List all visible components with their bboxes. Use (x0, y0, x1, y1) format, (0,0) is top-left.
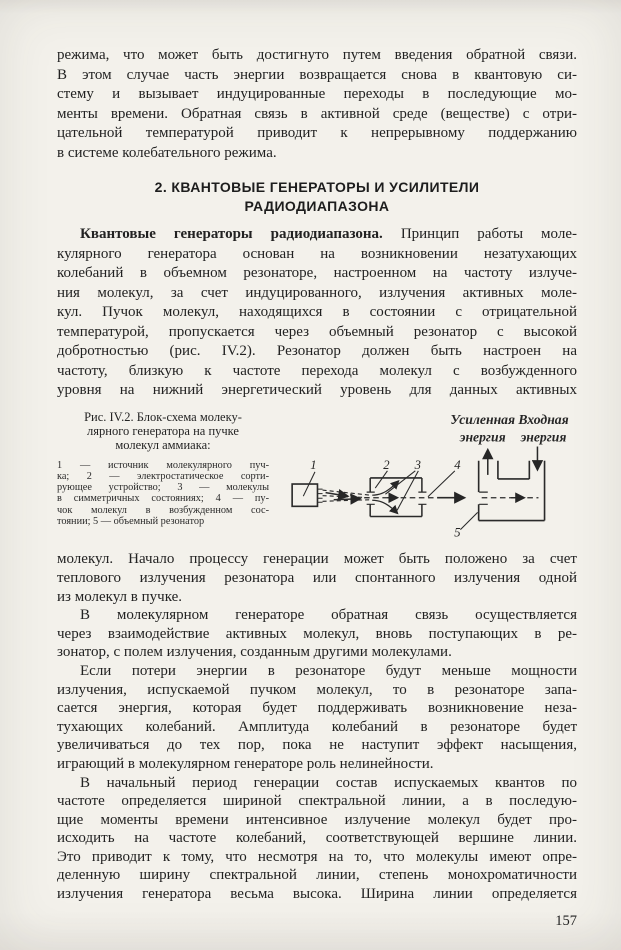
body-line: кулярного генератора основан на возникно… (57, 245, 577, 265)
molecular-generator-diagram: 1 2 3 4 5 Усиленная энергия Входная энер… (283, 408, 577, 548)
amplified-energy-label: Усиленная (450, 412, 515, 427)
body-line: увеличиваться до тех пор, пока не наступ… (57, 736, 577, 755)
paragraph-intro: режима, что может быть достигнуто путем … (57, 46, 577, 163)
label-1: 1 (310, 457, 316, 471)
amplified-energy-label: энергия (459, 429, 506, 444)
legend-line: в симметричных состояниях; 4 — пу- (57, 493, 269, 504)
body-line: Это приводит к тому, что несмотря на то,… (57, 848, 577, 867)
source-box (292, 484, 317, 506)
body-line: добротностью (рис. IV.2). Резонатор долж… (57, 342, 577, 362)
legend-line: тоянии; 5 — объемный резонатор (57, 516, 269, 527)
input-energy-label: энергия (520, 429, 567, 444)
body-line: играющий в молекулярном генераторе роль … (57, 755, 577, 774)
figure-caption: Рис. IV.2. Блок-схема молеку-лярного ген… (57, 408, 269, 527)
lead-rest: Принцип работы моле- (383, 226, 577, 242)
legend-line: чок молекул в возбужденном сос- (57, 505, 269, 516)
book-page: режима, что может быть достигнуто путем … (0, 0, 621, 950)
body-line: в системе колебательного режима. (57, 144, 577, 164)
body-line: В молекулярном генераторе обратная связь… (57, 606, 577, 625)
body-line: зонатор, с полем излучения, созданным др… (57, 643, 577, 662)
label-3: 3 (414, 457, 421, 471)
body-line: через взаимодействие активных молекул, в… (57, 625, 577, 644)
body-line: кул. Пучок молекул, находящихся в состоя… (57, 303, 577, 323)
section-heading: 2. КВАНТОВЫЕ ГЕНЕРАТОРЫ И УСИЛИТЕЛИ РАДИ… (57, 178, 577, 216)
label-4: 4 (454, 457, 461, 471)
input-energy-label: Входная (517, 412, 568, 427)
heading-line: 2. КВАНТОВЫЕ ГЕНЕРАТОРЫ И УСИЛИТЕЛИ (57, 178, 577, 197)
body-line: стему и вызывает индуцированные переходы… (57, 85, 577, 105)
body-line: Если потери энергии в резонаторе будут м… (57, 662, 577, 681)
paragraph-after-figure: молекул. Начало процессу генерации может… (57, 550, 577, 903)
body-line: В начальный период генерации состав испу… (57, 774, 577, 793)
page-number: 157 (57, 913, 577, 930)
body-line: молекул. Начало процессу генерации может… (57, 550, 577, 569)
body-line: режима, что может быть достигнуто путем … (57, 46, 577, 66)
caption-title-line: молекул аммиака: (57, 438, 269, 452)
heading-line: РАДИОДИАПАЗОНА (57, 197, 577, 216)
leader-lines (303, 470, 477, 529)
body-line: излучения, испускаемой пучком молекул, т… (57, 681, 577, 700)
body-line: деленную ширину спектральной линии, степ… (57, 866, 577, 885)
body-line: Квантовые генераторы радиодиапазона. При… (57, 225, 577, 245)
label-2: 2 (383, 457, 390, 471)
body-line: частоте определяется шириной спектрально… (57, 792, 577, 811)
body-line: ния молекул, за счет индуцированного, из… (57, 284, 577, 304)
body-line: частоту, близкую к частоте перехода моле… (57, 362, 577, 382)
figure-art: 1 2 3 4 5 Усиленная энергия Входная энер… (269, 408, 577, 548)
beam-arrow-icon (334, 498, 360, 499)
legend-line: рующее устройство; 3 — молекулы (57, 482, 269, 493)
body-line: менты времени. Обратная связь в активной… (57, 105, 577, 125)
legend-line: ка; 2 — электростатическое сорти- (57, 471, 269, 482)
body-line: цательной температурой приводит к непрер… (57, 124, 577, 144)
body-line: колебаний в объемном резонаторе, настрое… (57, 264, 577, 284)
beam-arrow-icon (326, 492, 348, 496)
caption-title-line: лярного генератора на пучке (57, 424, 269, 438)
caption-title-line: Рис. IV.2. Блок-схема молеку- (57, 410, 269, 424)
body-line: теплового излучения резонатора или спонт… (57, 569, 577, 588)
label-5: 5 (454, 525, 460, 539)
figure-block: Рис. IV.2. Блок-схема молеку-лярного ген… (57, 408, 577, 548)
body-line: В этом случае часть энергии возвращается… (57, 66, 577, 86)
body-line: исходить на частоте колебаний, соответст… (57, 829, 577, 848)
caption-title: Рис. IV.2. Блок-схема молеку-лярного ген… (57, 410, 269, 453)
body-line: излучения генератора весьма высока. Шири… (57, 885, 577, 904)
text-column: режима, что может быть достигнуто путем … (57, 46, 577, 930)
paragraph-quantum-generators: Квантовые генераторы радиодиапазона. При… (57, 225, 577, 401)
body-line: щие моменты времени интенсивное излучени… (57, 811, 577, 830)
body-line: сается энергия, которая будет поддержива… (57, 699, 577, 718)
legend-line: 1 — источник молекулярного пуч- (57, 460, 269, 471)
bold-lead: Квантовые генераторы радиодиапазона. (80, 226, 383, 242)
body-line: тухающих колебаний. Амплитуда колебаний … (57, 718, 577, 737)
body-line: из молекул в пучке. (57, 588, 577, 607)
body-line: температурой, пропускается через объемны… (57, 323, 577, 343)
body-line: уровня на нижний энергетический уровень … (57, 381, 577, 401)
figure-legend: 1 — источник молекулярного пуч-ка; 2 — э… (57, 460, 269, 527)
